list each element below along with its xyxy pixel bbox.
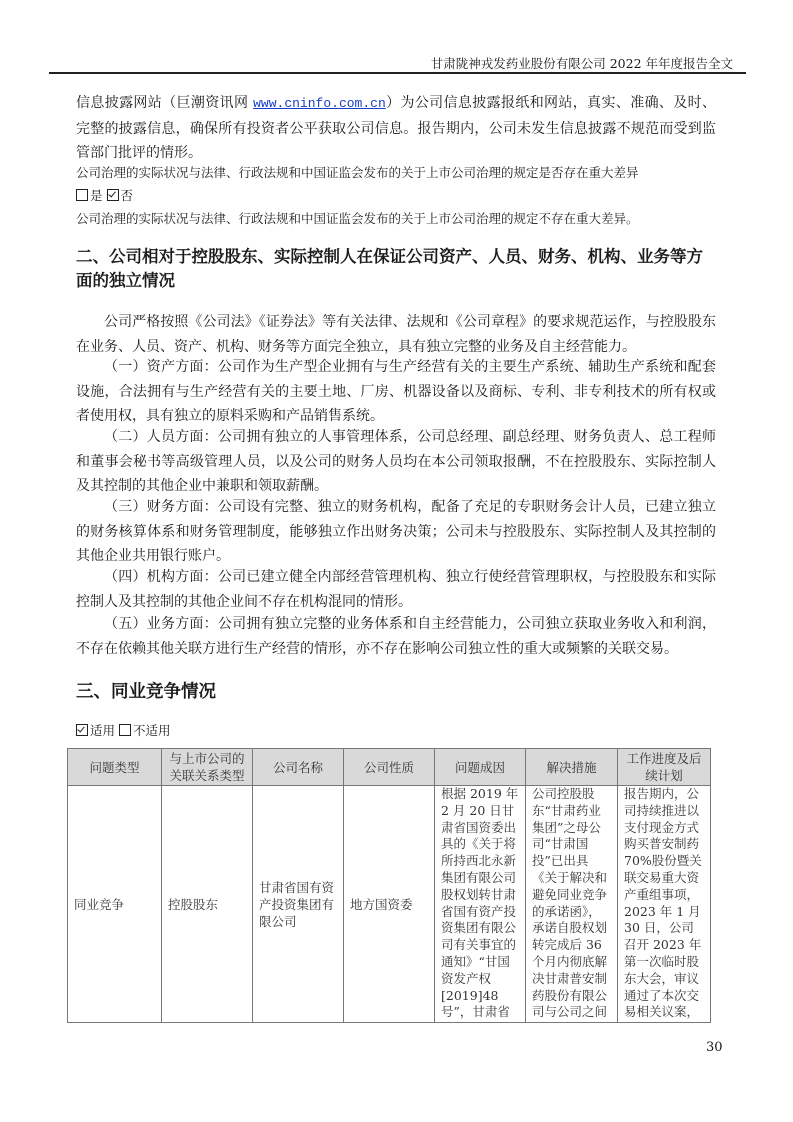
section2-paragraph-assets: （一）资产方面：公司作为生产型企业拥有与生产经营有关的主要生产系统、辅助生产系统… xyxy=(76,355,716,429)
option-no[interactable]: 否 xyxy=(107,188,134,203)
intro-text-before-link: 信息披露网站（巨潮资讯网 xyxy=(76,95,253,111)
section2-paragraph-organization: （四）机构方面：公司已建立健全内部经营管理机构、独立行使经营管理职权，与控股股东… xyxy=(76,565,716,614)
progress-text: 报告期内，公司持续推进以支付现金方式购买普安制药 70%股份暨关联交易重大资产重… xyxy=(624,786,704,1022)
cell-nature: 地方国资委 xyxy=(344,786,435,1023)
col-header-cause: 问题成因 xyxy=(435,749,526,786)
checkbox-unchecked-icon xyxy=(76,189,88,201)
governance-question: 公司治理的实际状况与法律、行政法规和中国证监会发布的关于上市公司治理的规定是否存… xyxy=(76,164,639,182)
cause-text: 根据 2019 年 2 月 20 日甘肃省国资委出具的《关于将所持西北永新集团有… xyxy=(441,786,519,1022)
checkbox-checked-icon xyxy=(107,189,119,201)
governance-options: 是 否 xyxy=(76,187,133,205)
section3-heading: 三、同业竞争情况 xyxy=(76,680,716,704)
intro-paragraph: 信息披露网站（巨潮资讯网 www.cninfo.com.cn）为公司信息披露报纸… xyxy=(76,91,716,166)
checkbox-unchecked-icon xyxy=(119,724,131,736)
section2-paragraph: 公司严格按照《公司法》《证券法》等有关法律、法规和《公司章程》的要求规范运作，与… xyxy=(76,310,716,359)
header-divider xyxy=(49,72,746,74)
col-header-measure: 解决措施 xyxy=(526,749,618,786)
table-header-row: 问题类型 与上市公司的关联关系类型 公司名称 公司性质 问题成因 解决措施 工作… xyxy=(68,749,711,786)
col-header-nature: 公司性质 xyxy=(344,749,435,786)
option-not-applicable[interactable]: 不适用 xyxy=(119,723,171,738)
cninfo-link[interactable]: www.cninfo.com.cn xyxy=(253,96,386,111)
cell-relation: 控股股东 xyxy=(162,786,253,1023)
cell-measure: 公司控股股东“甘肃药业集团”之母公司“甘肃国投”已出具《关于解决和避免同业竞争的… xyxy=(526,786,618,1023)
report-header-title: 甘肃陇神戎发药业股份有限公司 2022 年年度报告全文 xyxy=(431,54,733,72)
section3-options: 适用 不适用 xyxy=(76,722,171,740)
option-yes[interactable]: 是 xyxy=(76,188,103,203)
governance-answer: 公司治理的实际状况与法律、行政法规和中国证监会发布的关于上市公司治理的规定不存在… xyxy=(76,210,639,228)
col-header-relation: 与上市公司的关联关系类型 xyxy=(162,749,253,786)
col-header-company: 公司名称 xyxy=(253,749,344,786)
cell-progress: 报告期内，公司持续推进以支付现金方式购买普安制药 70%股份暨关联交易重大资产重… xyxy=(618,786,711,1023)
section2-paragraph-finance: （三）财务方面：公司设有完整、独立的财务机构，配备了充足的专职财务会计人员，已建… xyxy=(76,495,716,569)
col-header-progress: 工作进度及后续计划 xyxy=(618,749,711,786)
cell-issue-type: 同业竞争 xyxy=(68,786,162,1023)
cell-cause: 根据 2019 年 2 月 20 日甘肃省国资委出具的《关于将所持西北永新集团有… xyxy=(435,786,526,1023)
measure-text: 公司控股股东“甘肃药业集团”之母公司“甘肃国投”已出具《关于解决和避免同业竞争的… xyxy=(532,786,611,1022)
section2-heading: 二、公司相对于控股股东、实际控制人在保证公司资产、人员、财务、机构、业务等方面的… xyxy=(76,245,716,293)
checkbox-checked-icon xyxy=(76,724,88,736)
col-header-issue-type: 问题类型 xyxy=(68,749,162,786)
table-row: 同业竞争 控股股东 甘肃省国有资产投资集团有限公司 地方国资委 根据 2019 … xyxy=(68,786,711,1023)
section2-paragraph-personnel: （二）人员方面：公司拥有独立的人事管理体系，公司总经理、副总经理、财务负责人、总… xyxy=(76,425,716,499)
section2-paragraph-business: （五）业务方面：公司拥有独立完整的业务体系和自主经营能力，公司独立获取业务收入和… xyxy=(76,612,716,661)
competition-table: 问题类型 与上市公司的关联关系类型 公司名称 公司性质 问题成因 解决措施 工作… xyxy=(67,748,711,1023)
cell-company: 甘肃省国有资产投资集团有限公司 xyxy=(253,786,344,1023)
option-applicable[interactable]: 适用 xyxy=(76,723,115,738)
page-number: 30 xyxy=(706,1040,723,1055)
